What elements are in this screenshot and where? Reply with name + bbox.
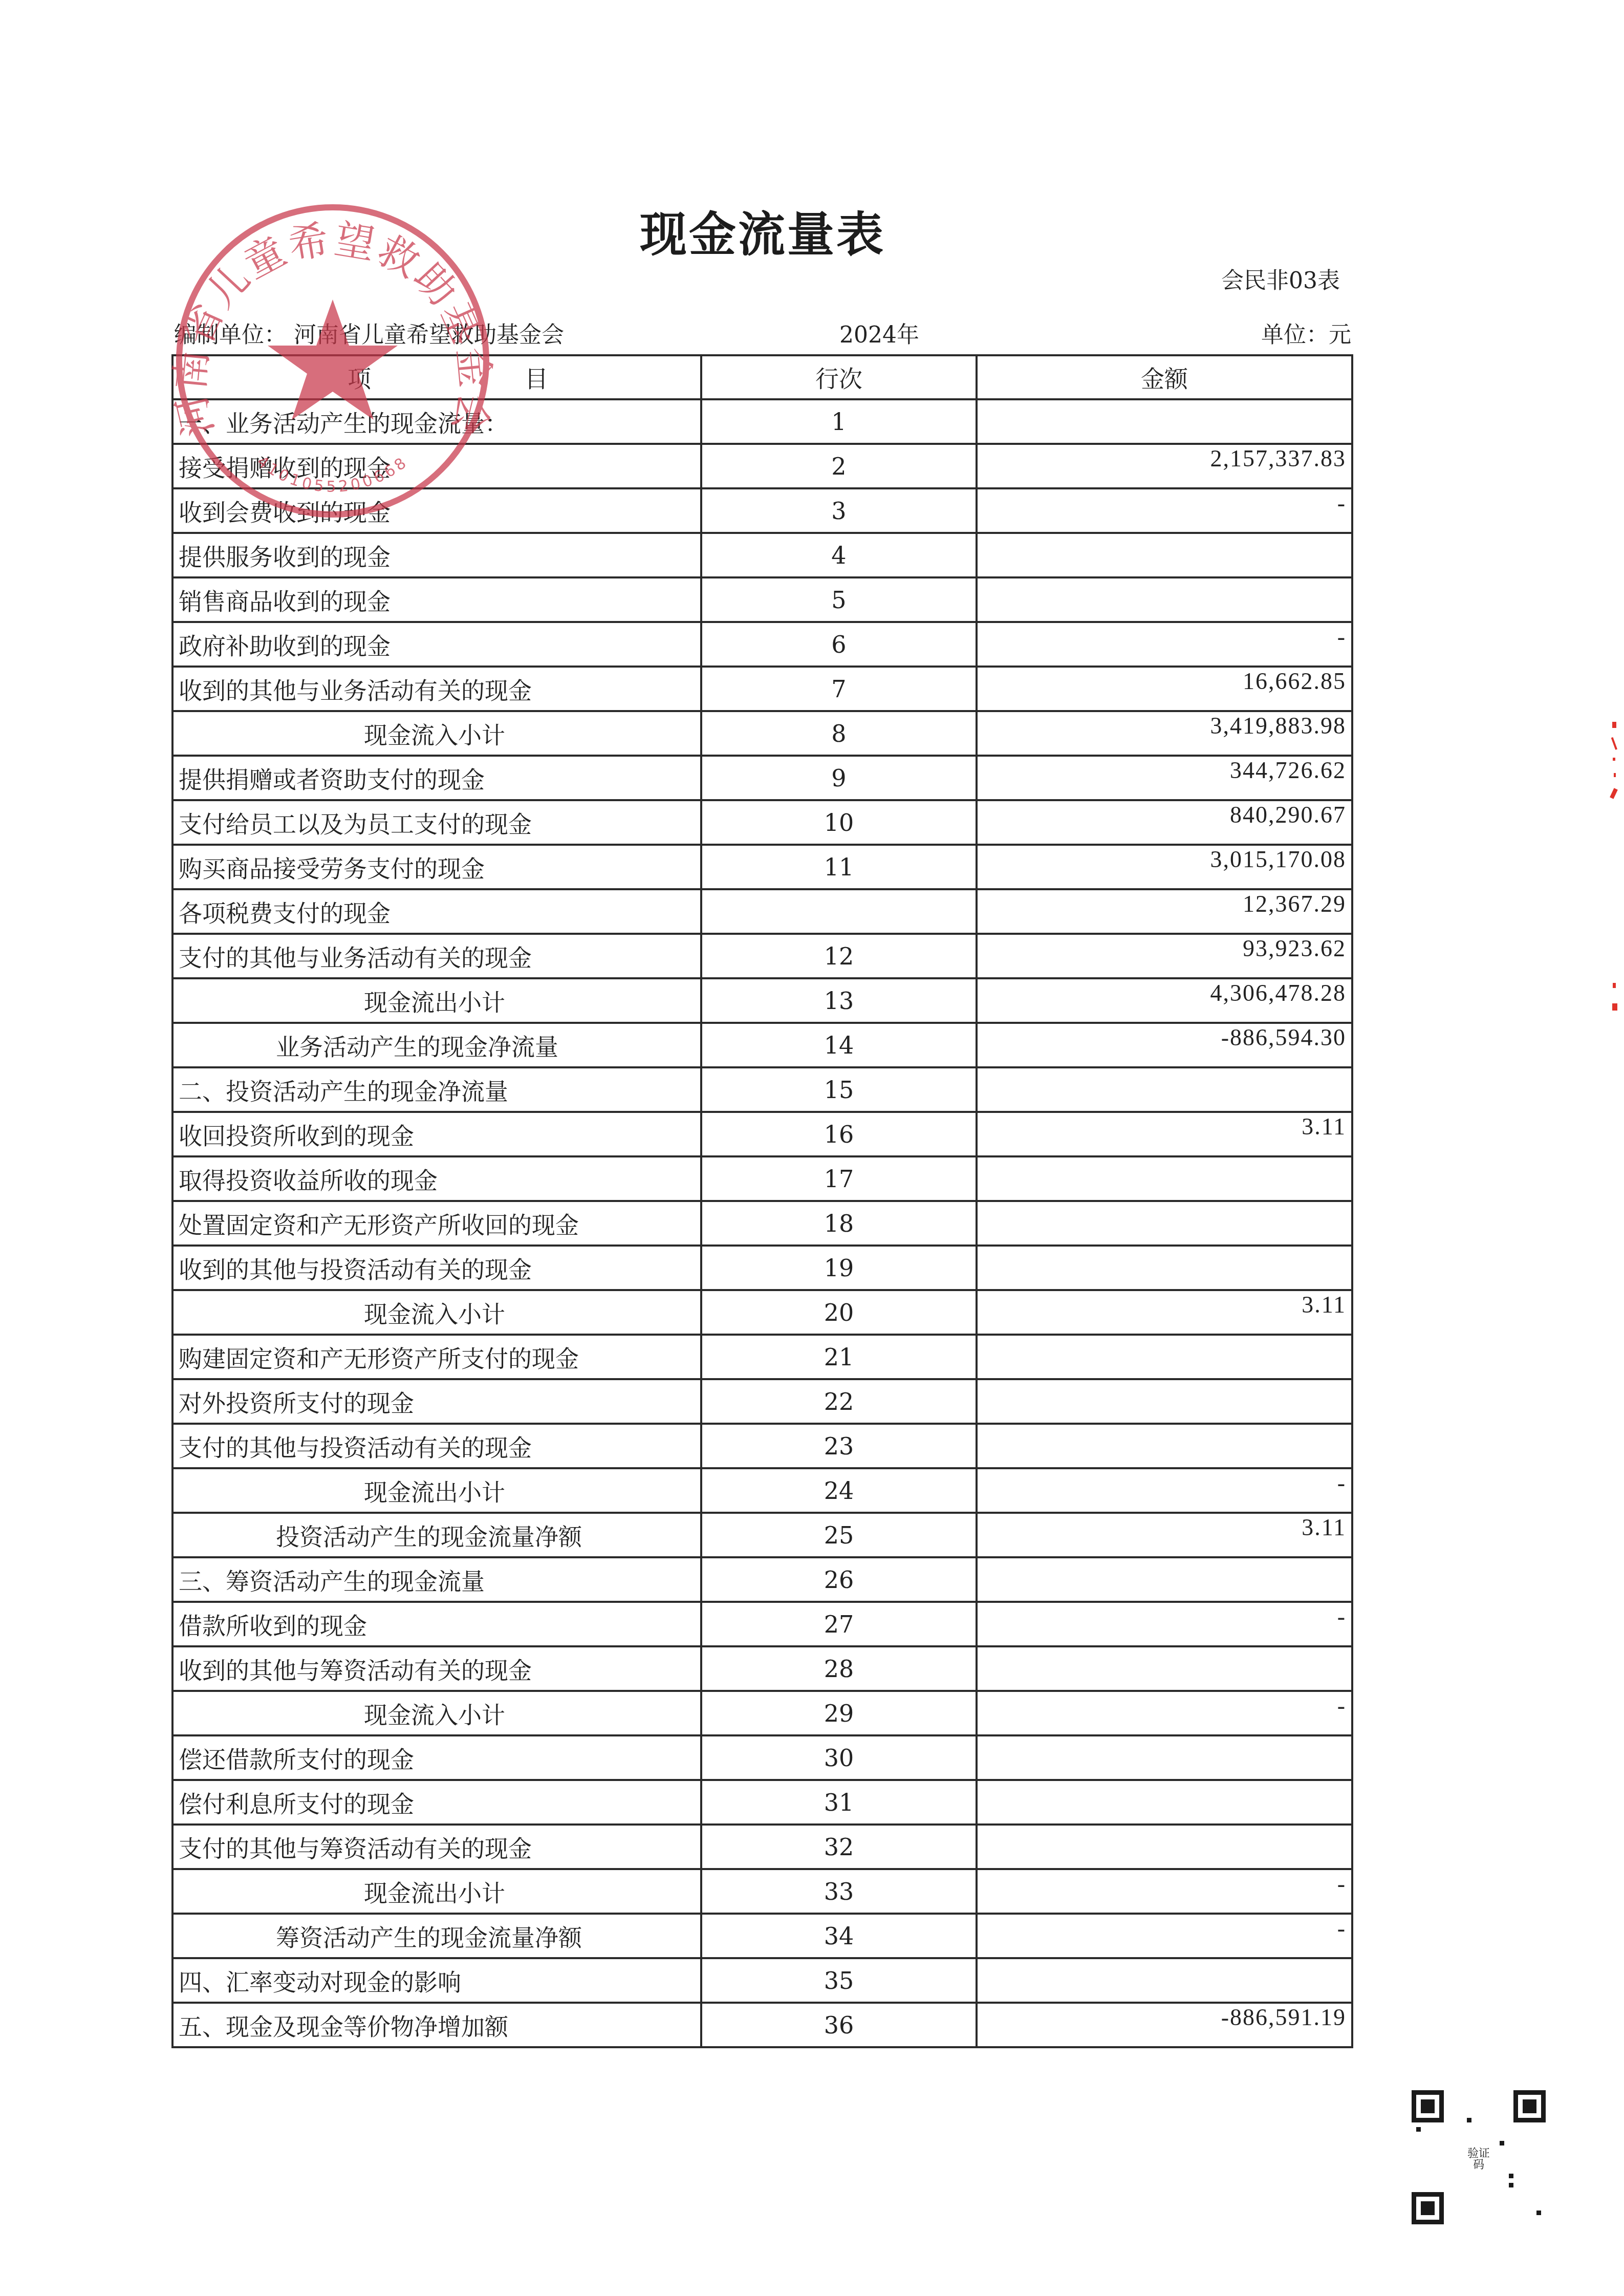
row-amount: - bbox=[977, 1468, 1352, 1513]
row-amount: 16,662.85 bbox=[977, 667, 1352, 711]
row-amount bbox=[977, 1735, 1352, 1780]
row-amount: - bbox=[977, 1602, 1352, 1646]
row-number: 34 bbox=[701, 1914, 977, 1958]
row-label: 现金流出小计 bbox=[172, 978, 701, 1023]
row-amount: 12,367.29 bbox=[977, 889, 1352, 934]
header-item-b: 目 bbox=[525, 365, 548, 393]
row-number: 30 bbox=[701, 1735, 977, 1780]
row-number: 11 bbox=[701, 845, 977, 889]
row-label: 取得投资收益所收的现金 bbox=[172, 1156, 701, 1201]
table-row: 现金流入小计203.11 bbox=[172, 1290, 1352, 1335]
row-label: 接受捐赠收到的现金 bbox=[172, 444, 701, 488]
preparing-organization: 编制单位： 河南省儿童希望救助基金会 bbox=[174, 316, 564, 349]
row-label: 借款所收到的现金 bbox=[172, 1602, 701, 1646]
row-number: 26 bbox=[701, 1557, 977, 1602]
row-label: 四、汇率变动对现金的影响 bbox=[172, 1958, 701, 2003]
row-label: 处置固定资和产无形资产所收回的现金 bbox=[172, 1201, 701, 1246]
row-label: 现金流出小计 bbox=[172, 1468, 701, 1513]
row-amount: 840,290.67 bbox=[977, 800, 1352, 845]
row-amount: 3.11 bbox=[977, 1290, 1352, 1335]
row-number: 2 bbox=[701, 444, 977, 488]
row-label: 收到的其他与投资活动有关的现金 bbox=[172, 1246, 701, 1290]
row-amount bbox=[977, 1424, 1352, 1468]
row-amount: - bbox=[977, 622, 1352, 667]
row-amount: 3.11 bbox=[977, 1112, 1352, 1156]
table-row: 三、筹资活动产生的现金流量26 bbox=[172, 1557, 1352, 1602]
row-label: 筹资活动产生的现金流量净额 bbox=[172, 1914, 701, 1958]
header-item: 项目 bbox=[172, 355, 701, 399]
row-amount: 3,015,170.08 bbox=[977, 845, 1352, 889]
row-amount: 3,419,883.98 bbox=[977, 711, 1352, 756]
row-amount: 3.11 bbox=[977, 1513, 1352, 1557]
row-label: 三、筹资活动产生的现金流量 bbox=[172, 1557, 701, 1602]
row-label: 现金流入小计 bbox=[172, 711, 701, 756]
row-label: 支付的其他与业务活动有关的现金 bbox=[172, 934, 701, 978]
row-number: 16 bbox=[701, 1112, 977, 1156]
row-number: 7 bbox=[701, 667, 977, 711]
table-row: 处置固定资和产无形资产所收回的现金18 bbox=[172, 1201, 1352, 1246]
row-number: 27 bbox=[701, 1602, 977, 1646]
table-row: 支付的其他与筹资活动有关的现金32 bbox=[172, 1825, 1352, 1869]
table-row: 五、现金及现金等价物净增加额36-886,591.19 bbox=[172, 2003, 1352, 2047]
row-label: 销售商品收到的现金 bbox=[172, 577, 701, 622]
report-year: 2024年 bbox=[839, 316, 919, 349]
table-row: 收回投资所收到的现金163.11 bbox=[172, 1112, 1352, 1156]
row-label: 收回投资所收到的现金 bbox=[172, 1112, 701, 1156]
row-number: 32 bbox=[701, 1825, 977, 1869]
row-amount bbox=[977, 1201, 1352, 1246]
table-row: 现金流出小计33- bbox=[172, 1869, 1352, 1914]
table-header-row: 项目 行次 金额 bbox=[172, 355, 1352, 399]
row-label: 支付的其他与筹资活动有关的现金 bbox=[172, 1825, 701, 1869]
row-number: 25 bbox=[701, 1513, 977, 1557]
table-row: 现金流入小计29- bbox=[172, 1691, 1352, 1735]
row-label: 各项税费支付的现金 bbox=[172, 889, 701, 934]
table-row: 偿付利息所支付的现金31 bbox=[172, 1780, 1352, 1825]
row-number: 21 bbox=[701, 1335, 977, 1379]
row-amount: - bbox=[977, 488, 1352, 533]
row-amount bbox=[977, 1246, 1352, 1290]
table-row: 投资活动产生的现金流量净额253.11 bbox=[172, 1513, 1352, 1557]
row-label: 偿付利息所支付的现金 bbox=[172, 1780, 701, 1825]
row-number: 31 bbox=[701, 1780, 977, 1825]
row-amount: 2,157,337.83 bbox=[977, 444, 1352, 488]
row-number: 10 bbox=[701, 800, 977, 845]
row-number: 6 bbox=[701, 622, 977, 667]
table-row: 二、投资活动产生的现金净流量15 bbox=[172, 1067, 1352, 1112]
row-label: 提供捐赠或者资助支付的现金 bbox=[172, 756, 701, 800]
row-label: 提供服务收到的现金 bbox=[172, 533, 701, 577]
header-amount: 金额 bbox=[977, 355, 1352, 399]
row-amount bbox=[977, 533, 1352, 577]
row-number: 15 bbox=[701, 1067, 977, 1112]
row-number: 9 bbox=[701, 756, 977, 800]
row-number: 1 bbox=[701, 399, 977, 444]
row-amount: 344,726.62 bbox=[977, 756, 1352, 800]
row-label: 偿还借款所支付的现金 bbox=[172, 1735, 701, 1780]
svg-text:码: 码 bbox=[1473, 2158, 1484, 2171]
row-label: 收到的其他与业务活动有关的现金 bbox=[172, 667, 701, 711]
form-code: 会民非03表 bbox=[1221, 262, 1340, 295]
row-label: 现金流入小计 bbox=[172, 1290, 701, 1335]
row-amount: -886,591.19 bbox=[977, 2003, 1352, 2047]
table-row: 偿还借款所支付的现金30 bbox=[172, 1735, 1352, 1780]
table-row: 各项税费支付的现金12,367.29 bbox=[172, 889, 1352, 934]
row-label: 收到的其他与筹资活动有关的现金 bbox=[172, 1646, 701, 1691]
table-row: 现金流入小计83,419,883.98 bbox=[172, 711, 1352, 756]
row-label: 收到会费收到的现金 bbox=[172, 488, 701, 533]
table-row: 收到会费收到的现金3- bbox=[172, 488, 1352, 533]
row-amount bbox=[977, 399, 1352, 444]
row-number: 28 bbox=[701, 1646, 977, 1691]
table-row: 支付的其他与业务活动有关的现金1293,923.62 bbox=[172, 934, 1352, 978]
row-label: 支付的其他与投资活动有关的现金 bbox=[172, 1424, 701, 1468]
page-title: 现金流量表 bbox=[0, 197, 1525, 265]
table-row: 一、业务活动产生的现金流量：1 bbox=[172, 399, 1352, 444]
row-number bbox=[701, 889, 977, 934]
row-label: 购建固定资和产无形资产所支付的现金 bbox=[172, 1335, 701, 1379]
row-amount: - bbox=[977, 1691, 1352, 1735]
row-amount bbox=[977, 1067, 1352, 1112]
row-amount bbox=[977, 1335, 1352, 1379]
row-label: 一、业务活动产生的现金流量： bbox=[172, 399, 701, 444]
row-number: 8 bbox=[701, 711, 977, 756]
table-row: 支付的其他与投资活动有关的现金23 bbox=[172, 1424, 1352, 1468]
row-amount bbox=[977, 1825, 1352, 1869]
row-number: 14 bbox=[701, 1023, 977, 1067]
row-amount bbox=[977, 1646, 1352, 1691]
seal-edge-marks bbox=[1610, 717, 1620, 1024]
qr-code-icon[interactable]: 验证 码 bbox=[1412, 2089, 1546, 2226]
table-row: 收到的其他与投资活动有关的现金19 bbox=[172, 1246, 1352, 1290]
row-number: 29 bbox=[701, 1691, 977, 1735]
table-row: 对外投资所支付的现金22 bbox=[172, 1379, 1352, 1424]
table-row: 提供捐赠或者资助支付的现金9344,726.62 bbox=[172, 756, 1352, 800]
row-number: 20 bbox=[701, 1290, 977, 1335]
row-label: 投资活动产生的现金流量净额 bbox=[172, 1513, 701, 1557]
table-row: 提供服务收到的现金4 bbox=[172, 533, 1352, 577]
table-row: 支付给员工以及为员工支付的现金10840,290.67 bbox=[172, 800, 1352, 845]
row-number: 19 bbox=[701, 1246, 977, 1290]
row-number: 3 bbox=[701, 488, 977, 533]
row-amount bbox=[977, 1379, 1352, 1424]
row-amount bbox=[977, 1958, 1352, 2003]
header-item-a: 项 bbox=[348, 365, 371, 393]
row-number: 33 bbox=[701, 1869, 977, 1914]
table-row: 筹资活动产生的现金流量净额34- bbox=[172, 1914, 1352, 1958]
row-label: 业务活动产生的现金净流量 bbox=[172, 1023, 701, 1067]
row-amount bbox=[977, 577, 1352, 622]
table-row: 现金流出小计134,306,478.28 bbox=[172, 978, 1352, 1023]
row-label: 政府补助收到的现金 bbox=[172, 622, 701, 667]
row-label: 购买商品接受劳务支付的现金 bbox=[172, 845, 701, 889]
row-number: 12 bbox=[701, 934, 977, 978]
row-number: 23 bbox=[701, 1424, 977, 1468]
row-number: 17 bbox=[701, 1156, 977, 1201]
table-row: 购买商品接受劳务支付的现金113,015,170.08 bbox=[172, 845, 1352, 889]
row-number: 13 bbox=[701, 978, 977, 1023]
row-number: 24 bbox=[701, 1468, 977, 1513]
row-number: 36 bbox=[701, 2003, 977, 2047]
row-label: 现金流出小计 bbox=[172, 1869, 701, 1914]
table-row: 收到的其他与业务活动有关的现金716,662.85 bbox=[172, 667, 1352, 711]
table-row: 取得投资收益所收的现金17 bbox=[172, 1156, 1352, 1201]
row-number: 22 bbox=[701, 1379, 977, 1424]
table-row: 政府补助收到的现金6- bbox=[172, 622, 1352, 667]
row-amount bbox=[977, 1156, 1352, 1201]
row-number: 4 bbox=[701, 533, 977, 577]
row-label: 二、投资活动产生的现金净流量 bbox=[172, 1067, 701, 1112]
row-amount bbox=[977, 1780, 1352, 1825]
currency-unit: 单位：元 bbox=[1261, 316, 1351, 349]
row-amount bbox=[977, 1557, 1352, 1602]
row-amount: -886,594.30 bbox=[977, 1023, 1352, 1067]
table-row: 业务活动产生的现金净流量14-886,594.30 bbox=[172, 1023, 1352, 1067]
row-number: 35 bbox=[701, 1958, 977, 2003]
report-meta: 编制单位： 河南省儿童希望救助基金会 2024年 单位：元 bbox=[174, 316, 1351, 347]
table-row: 购建固定资和产无形资产所支付的现金21 bbox=[172, 1335, 1352, 1379]
table-row: 借款所收到的现金27- bbox=[172, 1602, 1352, 1646]
row-amount: 93,923.62 bbox=[977, 934, 1352, 978]
header-row-no: 行次 bbox=[701, 355, 977, 399]
table-row: 销售商品收到的现金5 bbox=[172, 577, 1352, 622]
table-row: 四、汇率变动对现金的影响35 bbox=[172, 1958, 1352, 2003]
table-row: 现金流出小计24- bbox=[172, 1468, 1352, 1513]
row-label: 五、现金及现金等价物净增加额 bbox=[172, 2003, 701, 2047]
row-number: 18 bbox=[701, 1201, 977, 1246]
row-label: 现金流入小计 bbox=[172, 1691, 701, 1735]
table-row: 接受捐赠收到的现金22,157,337.83 bbox=[172, 444, 1352, 488]
cash-flow-table: 项目 行次 金额 一、业务活动产生的现金流量：1接受捐赠收到的现金22,157,… bbox=[171, 354, 1353, 2048]
row-label: 支付给员工以及为员工支付的现金 bbox=[172, 800, 701, 845]
row-label: 对外投资所支付的现金 bbox=[172, 1379, 701, 1424]
table-row: 收到的其他与筹资活动有关的现金28 bbox=[172, 1646, 1352, 1691]
row-amount: 4,306,478.28 bbox=[977, 978, 1352, 1023]
row-number: 5 bbox=[701, 577, 977, 622]
row-amount: - bbox=[977, 1869, 1352, 1914]
row-amount: - bbox=[977, 1914, 1352, 1958]
